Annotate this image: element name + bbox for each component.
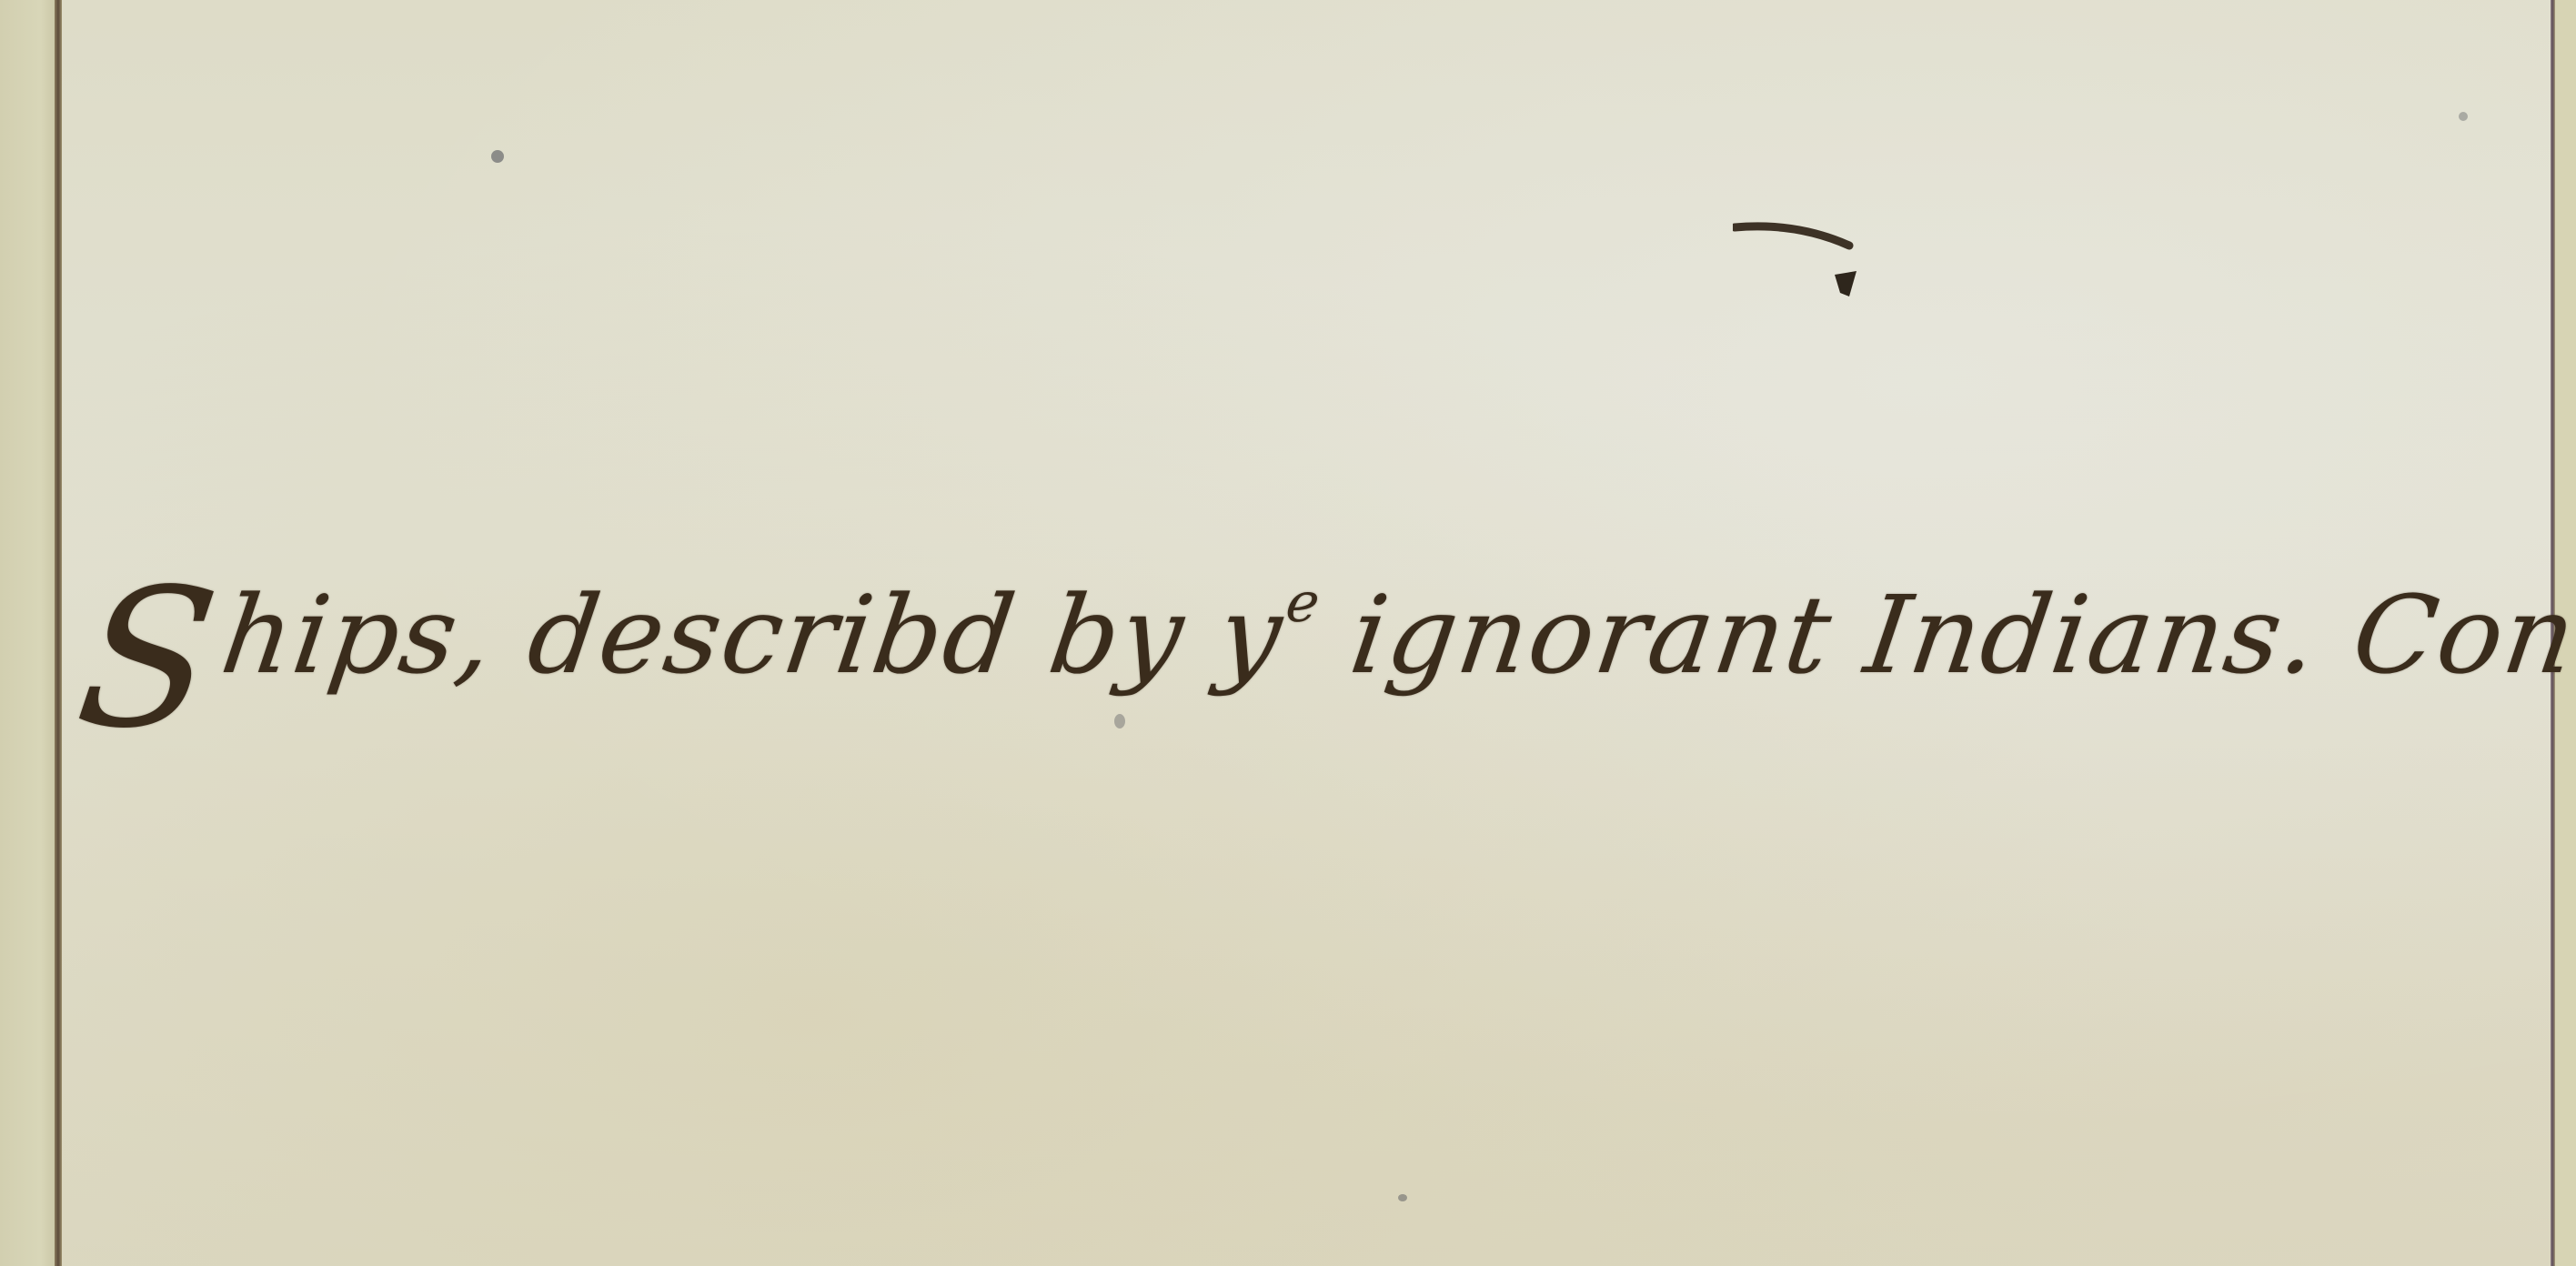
facing-page-edge xyxy=(0,0,58,1266)
paper-speck xyxy=(2459,112,2468,121)
handwritten-annotation: Ships, describd by ye ignorant Indians. … xyxy=(82,509,2538,800)
pen-stroke-mark-icon xyxy=(1733,218,1878,309)
page-gutter-edge xyxy=(55,0,62,1266)
annotation-text-part1: hips, describd by y xyxy=(215,572,1291,698)
paper-speck xyxy=(491,150,504,163)
annotation-line: Ships, describd by ye ignorant Indians. … xyxy=(68,564,2576,755)
annotation-initial: S xyxy=(68,564,227,755)
annotation-text-part2: ignorant Indians. Conq. of Mex. pag. 113… xyxy=(1307,572,2576,698)
paper-speck xyxy=(1398,1194,1407,1201)
